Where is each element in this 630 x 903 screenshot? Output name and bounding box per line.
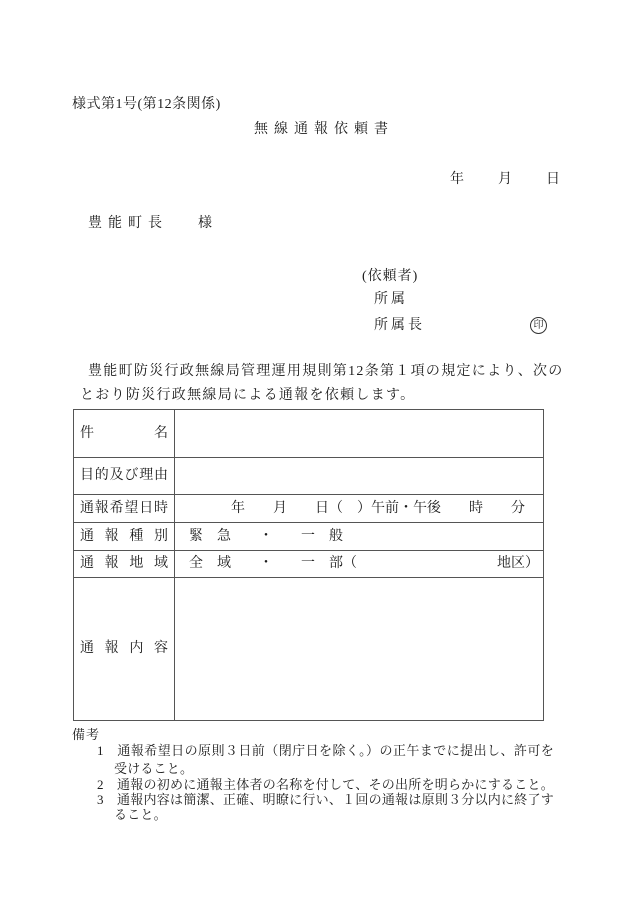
table-row-report-content: 通報内容	[74, 577, 543, 720]
purpose-field	[175, 458, 543, 494]
report-type-field: 緊 急 ・ 一 般	[175, 523, 543, 550]
date-month-label: 月	[498, 172, 512, 187]
report-content-label: 通報内容	[74, 578, 175, 720]
intro-line-1: 豊能町防災行政無線局管理運用規則第12条第１項の規定により、次の	[88, 364, 564, 379]
date-day-label: 日	[546, 172, 560, 187]
affiliation-head-label: 所属長	[374, 318, 425, 333]
desired-datetime-label: 通報希望日時	[74, 495, 175, 522]
subject-label: 件名	[74, 410, 175, 457]
remark-item-1-line-2: 受けること。	[114, 762, 193, 776]
table-row-report-type: 通報種別 緊 急 ・ 一 般	[74, 522, 543, 550]
request-table: 件名 目的及び理由 通報希望日時 年 月 日（ ）午前・午後 時 分 通報種別 …	[73, 409, 544, 721]
report-area-label: 通報地域	[74, 551, 175, 577]
report-type-label: 通報種別	[74, 523, 175, 550]
addressee-line: 豊能町長 様	[88, 216, 212, 231]
date-year-label: 年	[450, 172, 464, 187]
seal-character: 印	[534, 321, 544, 331]
table-row-subject: 件名	[74, 410, 543, 457]
subject-field	[175, 410, 543, 457]
document-title: 無線通報依頼書	[0, 122, 630, 137]
addressee-name: 豊能町長	[88, 216, 168, 231]
seal-icon: 印	[530, 317, 547, 334]
form-number-label: 様式第1号(第12条関係)	[72, 97, 221, 112]
remark-item-2: 2 通報の初めに通報主体者の名称を付して、その出所を明らかにすること。	[97, 778, 554, 792]
table-row-report-area: 通報地域 全 域 ・ 一 部（ 地区）	[74, 550, 543, 577]
intro-line-2: とおり防災行政無線局による通報を依頼します。	[80, 388, 415, 403]
remark-item-3-line-2: ること。	[114, 808, 167, 822]
date-line: 年 月 日	[450, 172, 560, 187]
requester-heading: (依頼者)	[362, 269, 418, 284]
addressee-honorific: 様	[198, 216, 212, 231]
table-row-desired-datetime: 通報希望日時 年 月 日（ ）午前・午後 時 分	[74, 494, 543, 522]
remarks-heading: 備考	[72, 727, 100, 742]
remark-item-1-line-1: 1 通報希望日の原則３日前（閉庁日を除く。）の正午までに提出し、許可を	[97, 744, 554, 758]
document-page: 様式第1号(第12条関係) 無線通報依頼書 年 月 日 豊能町長 様 (依頼者)…	[0, 0, 630, 903]
table-row-purpose: 目的及び理由	[74, 457, 543, 494]
desired-datetime-field: 年 月 日（ ）午前・午後 時 分	[175, 495, 543, 522]
affiliation-label: 所属	[374, 292, 408, 307]
purpose-label: 目的及び理由	[74, 458, 175, 494]
report-content-field	[175, 578, 543, 720]
report-area-field: 全 域 ・ 一 部（ 地区）	[175, 551, 543, 577]
remark-item-3-line-1: 3 通報内容は簡潔、正確、明瞭に行い、１回の通報は原則３分以内に終了す	[97, 793, 554, 807]
